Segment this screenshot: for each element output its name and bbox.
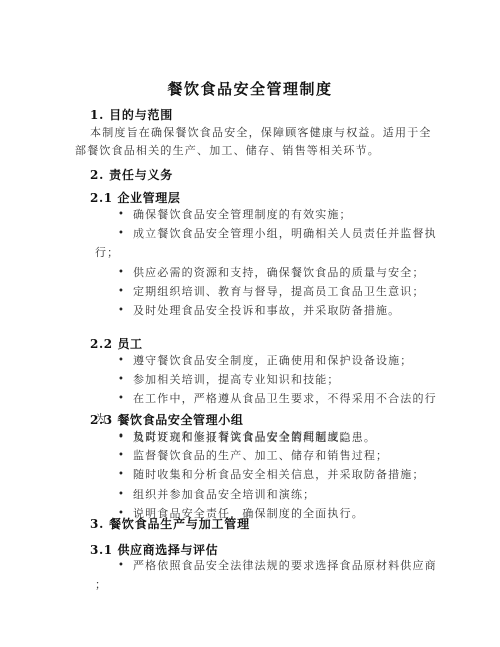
list-item-text: 严格依照食品安全法律法规的要求选择食品原材料供应商 [90,556,440,575]
subsection-heading-2-3: 2.3 餐饮食品安全管理小组 [90,411,243,428]
bullet-icon: • [118,263,125,282]
section-heading-3: 3. 餐饮食品生产与加工管理 [90,515,250,532]
list-item: • 及时处理食品安全投诉和事故，并采取防备措施。 [90,301,440,320]
document-page: 餐饮食品安全管理制度 1. 目的与范围 本制度旨在确保餐饮食品安全，保障顾客健康… [0,0,500,647]
list-item-text: 参加相关培训，提高专业知识和技能； [133,373,340,386]
bullet-icon: • [118,485,125,504]
bullet-icon: • [118,224,125,243]
list-item-text: 及时处理食品安全投诉和事故，并采取防备措施。 [133,304,400,317]
bullet-icon: • [118,556,125,575]
list-item-text: 定期组织培训、教育与督导，提高员工食品卫生意识； [133,285,425,298]
list-item-text-continuation: ； [90,575,440,594]
bullet-icon: • [118,446,125,465]
section-heading-1: 1. 目的与范围 [90,106,173,123]
bullet-icon: • [118,301,125,320]
bullet-icon: • [118,205,125,224]
bullet-icon: • [118,282,125,301]
list-item: • 成立餐饮食品安全管理小组，明确相关人员责任并监督执 行； [90,224,440,262]
list-item-text: 成立餐饮食品安全管理小组，明确相关人员责任并监督执 [90,224,440,243]
bullet-icon: • [118,465,125,484]
section-1-paragraph: 本制度旨在确保餐饮食品安全，保障顾客健康与权益。适用于全部餐饮食品相关的生产、加… [75,124,435,159]
list-item-text: 在工作中，严格遵从食品卫生要求，不得采用不合法的行 [90,389,440,408]
list-item: • 参加相关培训，提高专业知识和技能； [90,370,440,389]
list-item: • 监督餐饮食品的生产、加工、储存和销售过程； [90,446,440,465]
list-3-1: • 严格依照食品安全法律法规的要求选择食品原材料供应商 ； [90,556,440,594]
list-item-text: 供应必需的资源和支持，确保餐饮食品的质量与安全； [133,266,425,279]
bullet-icon: • [118,351,125,370]
list-item-text: 遵守餐饮食品安全制度，正确使用和保护设备设施； [133,354,412,367]
list-2-3: • 负责订立和修订餐饮食品安全管理制度； • 监督餐饮食品的生产、加工、储存和销… [90,427,440,523]
list-item-text: 负责订立和修订餐饮食品安全管理制度； [133,430,352,443]
list-2-1: • 确保餐饮食品安全管理制度的有效实施； • 成立餐饮食品安全管理小组，明确相关… [90,205,440,320]
list-item: • 定期组织培训、教育与督导，提高员工食品卫生意识； [90,282,440,301]
list-item: • 供应必需的资源和支持，确保餐饮食品的质量与安全； [90,263,440,282]
subsection-heading-2-1: 2.1 企业管理层 [90,189,180,206]
bullet-icon: • [118,389,125,408]
bullet-icon: • [118,370,125,389]
list-item: • 组织并参加食品安全培训和演练； [90,485,440,504]
bullet-icon: • [118,427,125,446]
list-item-text: 监督餐饮食品的生产、加工、储存和销售过程； [133,449,388,462]
list-item: • 随时收集和分析食品安全相关信息，并采取防备措施； [90,465,440,484]
list-item: • 遵守餐饮食品安全制度，正确使用和保护设备设施； [90,351,440,370]
list-item: • 确保餐饮食品安全管理制度的有效实施； [90,205,440,224]
list-item-text: 组织并参加食品安全培训和演练； [133,488,315,501]
document-title: 餐饮食品安全管理制度 [0,78,500,99]
list-item-text-continuation: 行； [90,243,440,262]
list-item-text: 确保餐饮食品安全管理制度的有效实施； [133,208,352,221]
list-item-text: 随时收集和分析食品安全相关信息，并采取防备措施； [133,468,425,481]
list-item: • 负责订立和修订餐饮食品安全管理制度； [90,427,440,446]
list-item: • 严格依照食品安全法律法规的要求选择食品原材料供应商 ； [90,556,440,594]
section-heading-2: 2. 责任与义务 [90,166,173,183]
